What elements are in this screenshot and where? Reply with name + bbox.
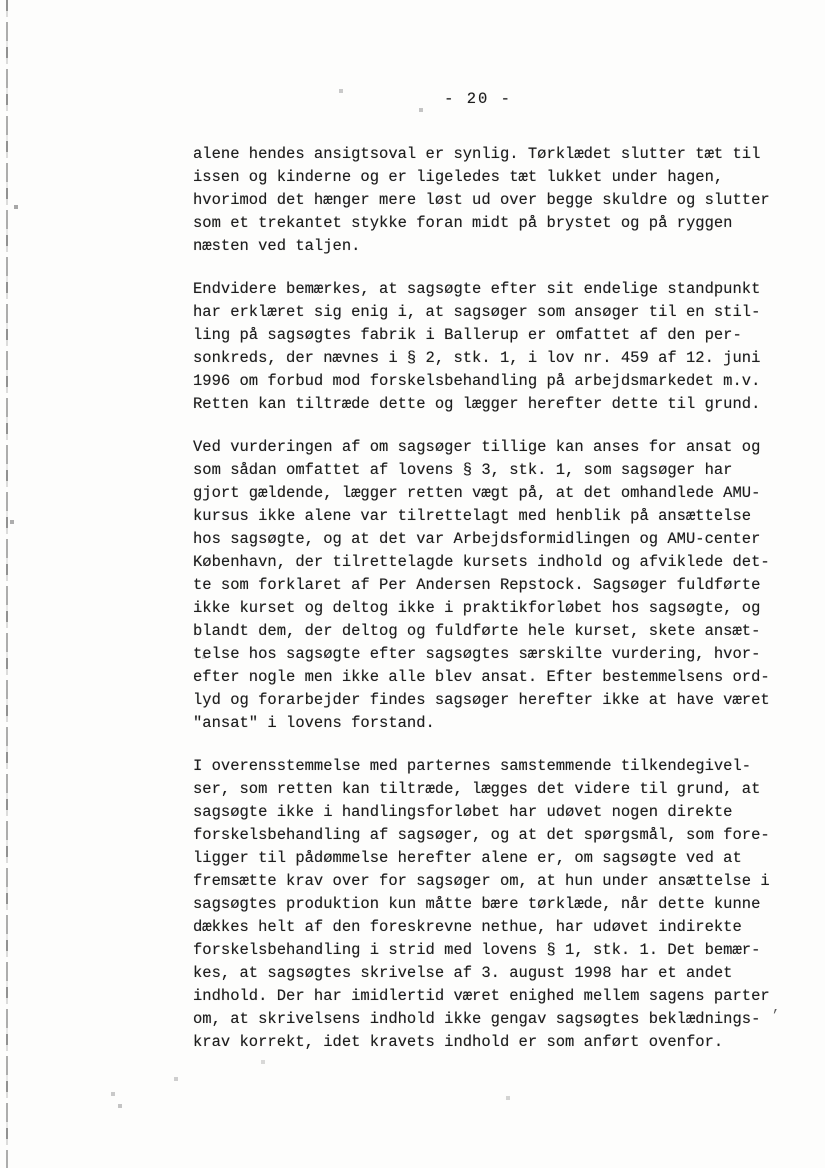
paragraph-headscarf-description: alene hendes ansigtsoval er synlig. Tørk… (193, 143, 778, 258)
document-page: - 20 - alene hendes ansigtsoval er synli… (0, 0, 825, 1168)
paragraph-ved-vurderingen: Ved vurderingen af om sagsøger tillige k… (193, 436, 778, 735)
scan-speckles (0, 0, 2, 2)
paragraph-endvidere-bemaerkes: Endvidere bemærkes, at sagsøgte efter si… (193, 278, 778, 416)
scan-edge-artifact (6, 0, 8, 1168)
paragraph-i-overensstemmelse: I overensstemmelse med parternes samstem… (193, 755, 778, 1054)
page-number: - 20 - (193, 88, 763, 111)
stray-ink-mark: , (772, 1000, 780, 1016)
document-body: alene hendes ansigtsoval er synlig. Tørk… (193, 143, 778, 1074)
